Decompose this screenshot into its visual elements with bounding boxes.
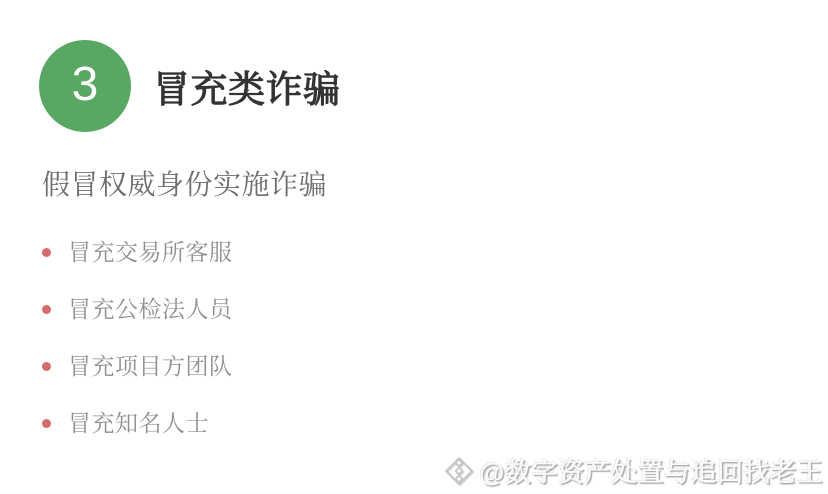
number-badge: 3 [39,40,131,132]
slide-page: 3 冒充类诈骗 假冒权威身份实施诈骗 冒充交易所客服 冒充公检法人员 冒充项目方… [0,0,828,494]
section-subtitle: 假冒权威身份实施诈骗 [42,163,327,203]
list-item-text: 冒充知名人士 [68,409,209,437]
binance-diamond-icon [444,456,474,486]
section-header: 3 冒充类诈骗 [39,40,341,132]
watermark: @数字资产处置与追回找老王 [444,452,823,489]
list-item: 冒充公检法人员 [42,295,233,323]
bullet-dot-icon [42,305,51,314]
watermark-text: @数字资产处置与追回找老王 [479,452,823,489]
scam-type-list: 冒充交易所客服 冒充公检法人员 冒充项目方团队 冒充知名人士 [42,238,233,466]
bullet-dot-icon [42,248,51,257]
bullet-dot-icon [42,362,51,371]
bullet-dot-icon [42,419,51,428]
list-item: 冒充知名人士 [42,409,233,437]
badge-number: 3 [72,61,99,109]
page-title: 冒充类诈骗 [153,59,341,113]
list-item-text: 冒充项目方团队 [68,352,233,380]
list-item: 冒充交易所客服 [42,238,233,266]
list-item-text: 冒充公检法人员 [68,295,233,323]
list-item-text: 冒充交易所客服 [68,238,233,266]
list-item: 冒充项目方团队 [42,352,233,380]
